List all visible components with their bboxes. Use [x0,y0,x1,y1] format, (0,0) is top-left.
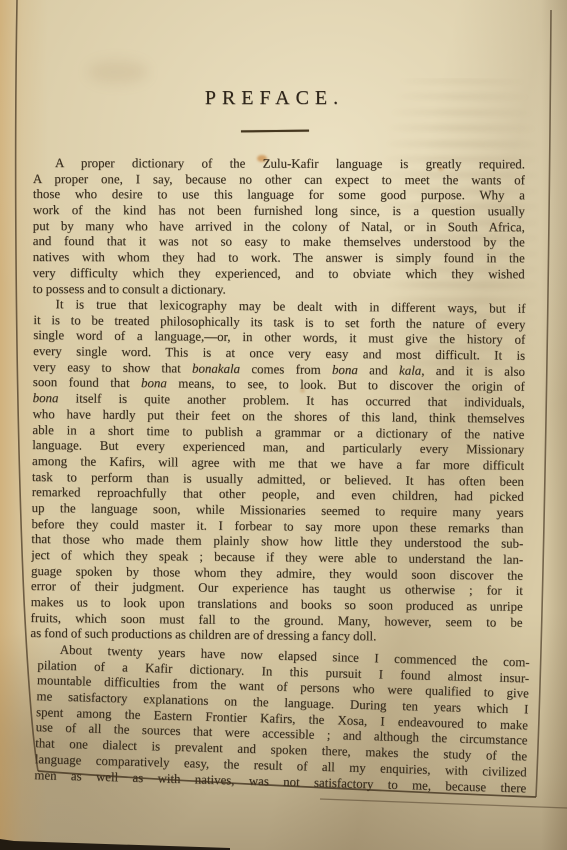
paragraph: It is true that lexicography may be deal… [30,297,525,647]
text-line: natives with whom they had to work. The … [33,250,525,267]
text-line: A proper dictionary of the Zulu-Kafir la… [33,156,525,173]
text-line: A proper one, I say, because no other ca… [33,172,525,189]
paragraph: A proper dictionary of the Zulu-Kafir la… [33,156,525,298]
paper-shadow-blemish [88,60,148,84]
page-title: PREFACE. [0,87,558,110]
text-line: work of the kind has not been furnished … [33,203,525,220]
text-line: and found that it was not so easy to mak… [33,234,525,251]
text-line: very difficulty which they experienced, … [33,266,525,283]
paragraph: About twenty years have now elapsed sinc… [34,642,530,796]
text-line: those who desire to use this language fo… [33,187,525,204]
book-page-photo: PREFACE. A proper dictionary of the Zulu… [0,0,567,850]
text-line: put by many who have arrived in the colo… [33,219,525,236]
preface-text: A proper dictionary of the Zulu-Kafir la… [33,156,525,784]
text-line: to possess and to consult a dictionary. [33,281,525,298]
